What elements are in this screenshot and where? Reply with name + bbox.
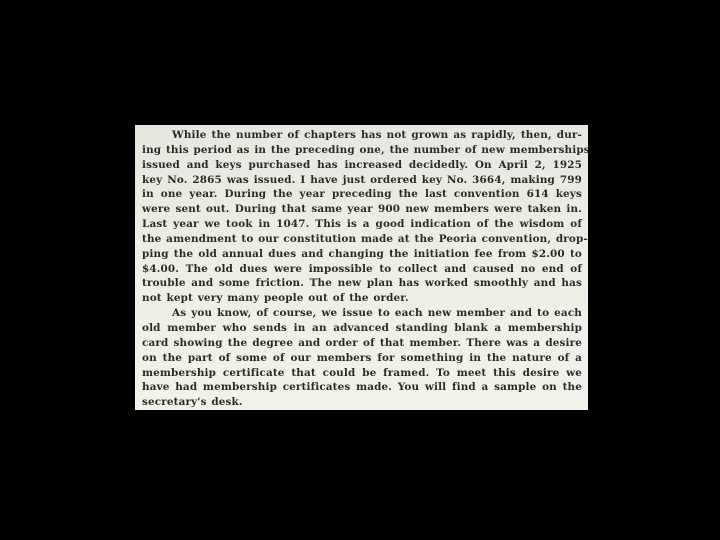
text-line: $4.00. The old dues were impossible to c… (142, 262, 582, 277)
text-line: trouble and some friction. The new plan … (142, 276, 582, 291)
text-line: While the number of chapters has not gro… (142, 128, 582, 143)
text-line: old member who sends in an advanced stan… (142, 321, 582, 336)
document-page: While the number of chapters has not gro… (135, 125, 588, 410)
text-line: were sent out. During that same year 900… (142, 202, 582, 217)
text-line: have had membership certificates made. Y… (142, 380, 582, 395)
text-line: Last year we took in 1047. This is a goo… (142, 217, 582, 232)
paragraph-memberships: While the number of chapters has not gro… (142, 128, 582, 306)
text-line: ping the old annual dues and changing th… (142, 247, 582, 262)
text-line: membership certificate that could be fra… (142, 366, 582, 381)
text-line: card showing the degree and order of tha… (142, 336, 582, 351)
text-line: issued and keys purchased has increased … (142, 158, 582, 173)
text-line: ing this period as in the preceding one,… (142, 143, 582, 158)
text-line: the amendment to our constitution made a… (142, 232, 582, 247)
text-line: not kept very many people out of the ord… (142, 291, 582, 306)
text-line: As you know, of course, we issue to each… (142, 306, 582, 321)
text-line: on the part of some of our members for s… (142, 351, 582, 366)
text-line: secretary's desk. (142, 395, 582, 410)
text-line: key No. 2865 was issued. I have just ord… (142, 173, 582, 188)
paragraph-certificates: As you know, of course, we issue to each… (142, 306, 582, 410)
text-line: in one year. During the year preceding t… (142, 187, 582, 202)
